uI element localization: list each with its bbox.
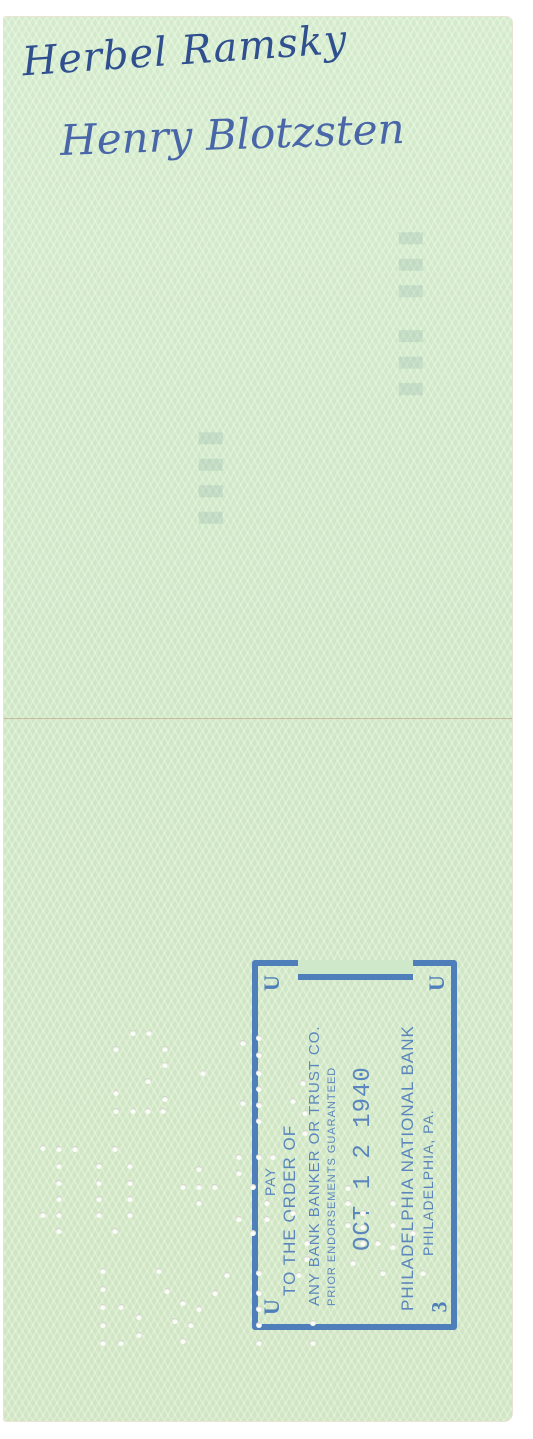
punch-hole <box>40 1145 46 1151</box>
punch-hole <box>145 1078 151 1084</box>
punch-hole <box>212 1184 218 1190</box>
punch-hole <box>310 1340 316 1346</box>
punch-hole <box>390 1200 396 1206</box>
punch-hole <box>56 1196 62 1202</box>
punch-hole <box>360 1240 366 1246</box>
punch-hole <box>113 1108 119 1114</box>
punch-hole <box>256 1340 262 1346</box>
punch-hole <box>56 1146 62 1152</box>
punch-hole <box>136 1332 142 1338</box>
punch-hole <box>136 1314 142 1320</box>
punch-hole <box>164 1288 170 1294</box>
punch-hole <box>127 1212 133 1218</box>
punch-hole <box>256 1086 262 1092</box>
punch-hole <box>264 1216 270 1222</box>
stamp-bank-city: PHILADELPHIA, PA. <box>420 1109 436 1256</box>
punch-hole <box>256 1154 262 1160</box>
punch-hole <box>250 1184 256 1190</box>
punch-hole <box>100 1286 106 1292</box>
punch-hole <box>212 1290 218 1296</box>
bank-endorsement-stamp: U U U 3 PAY TO THE ORDER OF ANY BANK BAN… <box>252 960 457 1330</box>
punch-hole <box>127 1180 133 1186</box>
stamp-corner-bottom-right: 3 <box>427 1302 453 1313</box>
punch-hole <box>256 1322 262 1328</box>
punch-hole <box>56 1163 62 1169</box>
punch-hole <box>146 1030 152 1036</box>
punch-hole <box>304 1256 310 1262</box>
punch-hole <box>145 1108 151 1114</box>
punch-hole <box>56 1212 62 1218</box>
punch-hole <box>360 1210 366 1216</box>
punch-hole <box>304 1240 310 1246</box>
punch-hole <box>180 1184 186 1190</box>
stamp-prior-endorsements: PRIOR ENDORSEMENTS GUARANTEED <box>326 1067 338 1306</box>
punch-hole <box>196 1166 202 1172</box>
punch-hole <box>96 1212 102 1218</box>
punch-hole <box>256 1270 262 1276</box>
punch-hole <box>390 1244 396 1250</box>
punch-hole <box>162 1046 168 1052</box>
punch-hole <box>345 1222 351 1228</box>
punch-hole <box>236 1154 242 1160</box>
punch-hole <box>160 1108 166 1114</box>
punch-hole <box>256 1306 262 1312</box>
punch-hole <box>290 1098 296 1104</box>
punch-hole <box>236 1170 242 1176</box>
punch-hole <box>112 1146 118 1152</box>
punch-hole <box>350 1260 356 1266</box>
punch-hole <box>118 1340 124 1346</box>
punch-hole <box>96 1180 102 1186</box>
punch-hole <box>100 1322 106 1328</box>
punch-hole <box>224 1272 230 1278</box>
punch-hole <box>236 1216 242 1222</box>
punch-hole <box>290 1210 296 1216</box>
punch-hole <box>310 1320 316 1326</box>
punch-hole <box>118 1304 124 1310</box>
punch-hole <box>256 1102 262 1108</box>
punch-hole <box>375 1240 381 1246</box>
punch-hole <box>196 1306 202 1312</box>
punch-hole <box>56 1228 62 1234</box>
punch-hole <box>196 1200 202 1206</box>
punch-hole <box>100 1304 106 1310</box>
punch-hole <box>380 1270 386 1276</box>
punch-hole <box>72 1146 78 1152</box>
punch-hole <box>127 1163 133 1169</box>
punch-hole <box>250 1230 256 1236</box>
punch-hole <box>100 1268 106 1274</box>
punch-hole <box>196 1184 202 1190</box>
punch-hole <box>256 1118 262 1124</box>
punch-hole <box>410 1230 416 1236</box>
punch-hole <box>40 1212 46 1218</box>
punch-hole <box>100 1340 106 1346</box>
punch-hole <box>112 1228 118 1234</box>
punch-hole <box>200 1070 206 1076</box>
stamp-corner-bottom-left: U <box>259 1299 285 1315</box>
punch-hole <box>360 1224 366 1230</box>
punch-hole <box>113 1090 119 1096</box>
punch-hole <box>130 1030 136 1036</box>
punch-hole <box>240 1040 246 1046</box>
punch-hole <box>256 1035 262 1041</box>
punch-hole <box>180 1300 186 1306</box>
punch-hole <box>127 1196 133 1202</box>
faint-bleed-through-print: ▮▮▮ ▮▮▮ <box>395 230 430 407</box>
punch-hole <box>256 1290 262 1296</box>
punch-hole <box>345 1185 351 1191</box>
stamp-bank-name: PHILADELPHIA NATIONAL BANK <box>398 1025 418 1311</box>
punch-hole <box>240 1100 246 1106</box>
stamp-pay: PAY <box>262 1167 278 1196</box>
punch-hole <box>162 1062 168 1068</box>
punch-hole <box>264 1200 270 1206</box>
punch-hole <box>420 1270 426 1276</box>
punch-hole <box>270 1154 276 1160</box>
faint-bleed-through-print: ▮▮▮▮ <box>195 430 230 536</box>
punch-hole <box>296 1272 302 1278</box>
punch-hole <box>156 1268 162 1274</box>
stamp-corner-top-left: U <box>259 975 285 991</box>
punch-hole <box>345 1200 351 1206</box>
punch-hole <box>56 1180 62 1186</box>
punch-hole <box>256 1070 262 1076</box>
punch-hole <box>162 1096 168 1102</box>
punch-hole <box>96 1196 102 1202</box>
perforated-edge <box>4 14 512 20</box>
punch-hole <box>300 1080 306 1086</box>
stamp-corner-top-right: U <box>424 975 450 991</box>
punch-hole <box>96 1163 102 1169</box>
punch-hole <box>256 1052 262 1058</box>
punch-hole <box>180 1338 186 1344</box>
punch-hole <box>390 1222 396 1228</box>
punch-hole <box>130 1108 136 1114</box>
stamp-any-bank: ANY BANK BANKER OR TRUST CO. <box>306 1025 323 1306</box>
punch-hole <box>172 1318 178 1324</box>
punch-hole <box>113 1046 119 1052</box>
punch-hole <box>302 1110 308 1116</box>
punch-hole <box>188 1322 194 1328</box>
punch-hole <box>302 1130 308 1136</box>
fold-crease <box>4 718 512 720</box>
